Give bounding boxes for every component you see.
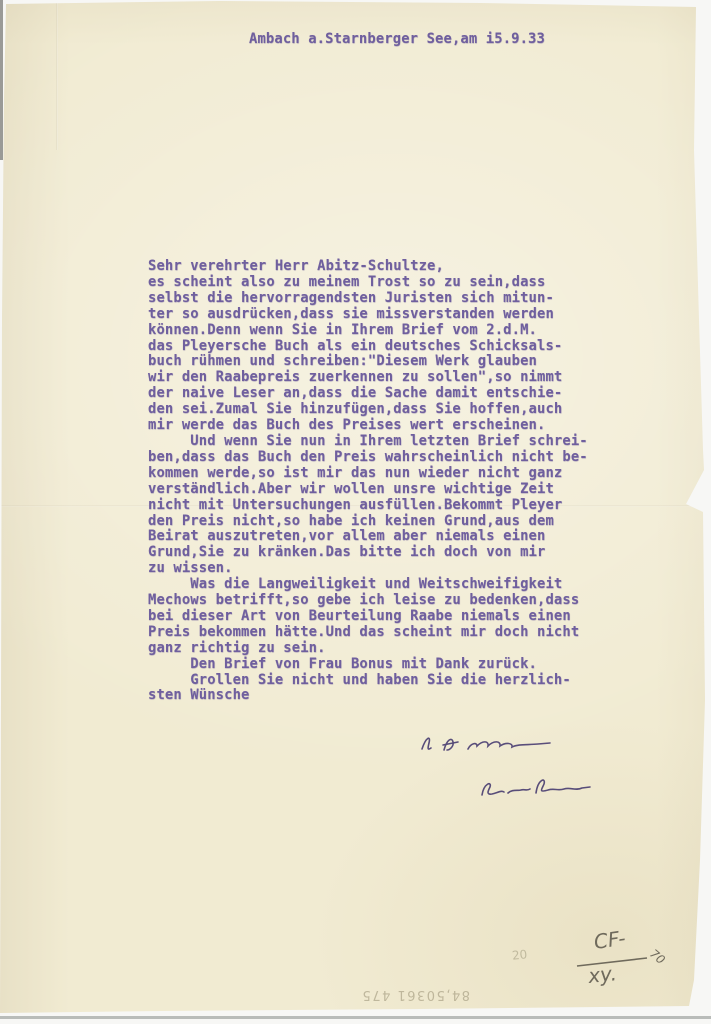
scan-left-edge <box>0 0 3 160</box>
letter-scan: Ambach a.Starnberger See,am i5.9.33 Sehr… <box>0 0 711 1024</box>
handwritten-closing <box>422 738 431 749</box>
handwritten-signature <box>508 789 530 793</box>
typed-line: Grund,Sie zu kränken.Das bitte ich doch … <box>148 545 588 561</box>
dateline: Ambach a.Starnberger See,am i5.9.33 <box>249 31 545 47</box>
typed-line: den sei.Zumal Sie hinzufügen,dass Sie ho… <box>148 402 588 418</box>
typed-line: wir den Raabepreis zuerkennen zu sollen"… <box>148 370 588 386</box>
handwritten-closing <box>443 739 458 750</box>
typed-line: der naive Leser an,dass die Sache damit … <box>148 386 588 402</box>
handwritten-closing <box>468 742 550 749</box>
typed-line: Was die Langweiligkeit und Weitschweifig… <box>148 577 588 593</box>
typed-line: sten Wünsche <box>148 688 588 704</box>
typed-line: ter so ausdrücken,dass sie missverstande… <box>148 307 588 323</box>
typed-line: Und wenn Sie nun in Ihrem letzten Brief … <box>148 434 588 450</box>
typed-line: bei dieser Art von Beurteilung Raabe nie… <box>148 609 588 625</box>
scan-bottom-edge <box>0 1016 711 1019</box>
faint-pencil-mark: 20 <box>511 947 528 963</box>
paper-crease-vertical <box>56 0 58 150</box>
paper-sheet: Ambach a.Starnberger See,am i5.9.33 Sehr… <box>0 0 711 1024</box>
typed-line: ganz richtig zu sein. <box>148 641 588 657</box>
pencil-fraction-denominator: xy. <box>586 961 618 988</box>
typed-line: verständlich.Aber wir wollen unsre wicht… <box>148 482 588 498</box>
pencil-fraction-numerator: CF- <box>592 926 627 954</box>
typed-line: können.Denn wenn Sie in Ihrem Brief vom … <box>148 323 588 339</box>
pencil-small-mark: 70 <box>647 947 668 968</box>
typed-line: nicht mit Untersuchungen ausfüllen.Bekom… <box>148 498 588 514</box>
handwritten-signature-block <box>400 715 620 815</box>
typed-line: zu wissen. <box>148 561 588 577</box>
typed-line: ben,dass das Buch den Preis wahrscheinli… <box>148 450 588 466</box>
typed-line: Preis bekommen hätte.Und das scheint mir… <box>148 625 588 641</box>
typed-line: Den Brief von Frau Bonus mit Dank zurück… <box>148 657 588 673</box>
handwritten-signature <box>536 780 590 793</box>
typed-line: selbst die hervorragendsten Juristen sic… <box>148 291 588 307</box>
typed-line: Grollen Sie nicht und haben Sie die herz… <box>148 673 588 689</box>
typed-line: mir werde das Buch des Preises wert ersc… <box>148 418 588 434</box>
letter-body: Sehr verehrter Herr Abitz-Schultze,es sc… <box>148 259 588 704</box>
typed-line: Mechows betrifft,so gebe ich leise zu be… <box>148 593 588 609</box>
typed-line: es scheint also zu meinem Trost so zu se… <box>148 275 588 291</box>
typed-line: kommen werde,so ist mir das nun wieder n… <box>148 466 588 482</box>
typed-line: Beirat auszutreten,vor allem aber niemal… <box>148 529 588 545</box>
handwritten-signature <box>482 784 504 795</box>
typed-line: buch rühmen und schreiben:"Diesem Werk g… <box>148 354 588 370</box>
typed-line: Sehr verehrter Herr Abitz-Schultze, <box>148 259 588 275</box>
pencil-annotation-block: CF- xy. 70 <box>565 925 705 1010</box>
faint-pencil-number-upside-down: 84,50361 475 <box>300 987 470 1002</box>
